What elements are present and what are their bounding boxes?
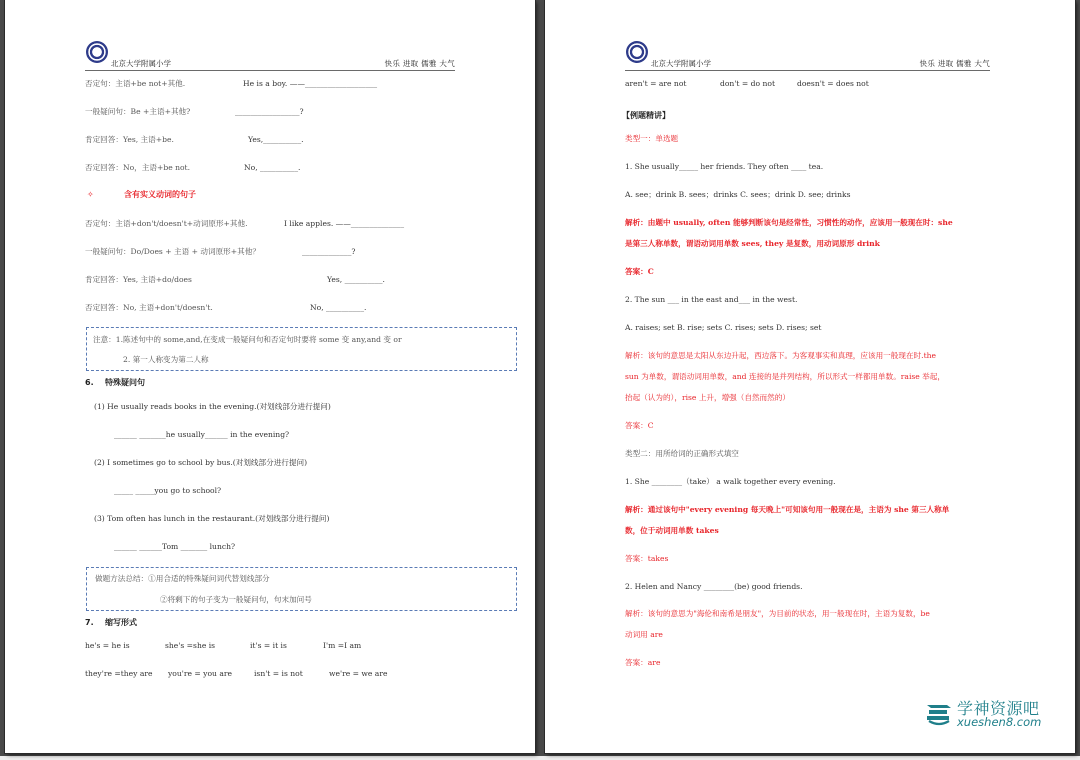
t1-q1-options: A. see；drink B. sees；drinks C. sees；drin…: [625, 190, 851, 200]
page-header: 北京大学附属小学 快乐 进取 儒雅 大气: [625, 41, 990, 71]
t1-q1-question: 1. She usually_____ her friends. They of…: [625, 162, 823, 172]
verb-question-example: _____________?: [302, 247, 355, 257]
verb-no-rule: 否定回答：No, 主语+don't/doesn't.: [85, 303, 213, 313]
contraction: doesn't = does not: [797, 79, 869, 89]
school-name: 北京大学附属小学: [111, 58, 171, 69]
s6-question-3: (3) Tom often has lunch in the restauran…: [94, 514, 329, 524]
contraction: I'm =I am: [323, 641, 361, 651]
s6-answer-1: ______ _______he usually______ in the ev…: [114, 430, 289, 440]
watermark-en: xueshen8.com: [957, 715, 1041, 729]
t1-q1-analysis-1: 解析：由题中 usually, often 能够判断该句是经常性，习惯性的动作，…: [625, 218, 953, 228]
t1-q2-question: 2. The sun ___ in the east and___ in the…: [625, 295, 797, 305]
verb-no-example: No, __________.: [310, 303, 366, 313]
diamond-bullet-icon: ✧: [87, 190, 94, 200]
t2-q1-analysis-2: 数，位于动词用单数 takes: [625, 526, 719, 536]
section-7-number: 7.: [85, 618, 94, 628]
contraction: he's = he is: [85, 641, 130, 651]
contraction: they're =they are: [85, 669, 153, 679]
be-yes-rule: 肯定回答：Yes, 主语+be.: [85, 135, 174, 145]
school-motto: 快乐 进取 儒雅 大气: [920, 58, 990, 69]
verb-section-title: 含有实义动词的句子: [124, 190, 196, 200]
section-7-title: 缩写形式: [105, 618, 137, 628]
note-line-2: 2. 第一人称变为第二人称: [123, 355, 209, 365]
s6-question-1: (1) He usually reads books in the evenin…: [94, 402, 331, 412]
method-line-2: ②将剩下的句子变为一般疑问句，句末加问号: [160, 595, 312, 605]
t2-q1-answer: 答案：takes: [625, 554, 668, 564]
be-question-example: _________________?: [235, 107, 304, 117]
s6-answer-2: _____ _____you go to school?: [114, 486, 221, 496]
verb-negative-rule: 否定句：主语+don't/doesn't+动词原形+其他.: [85, 219, 248, 229]
be-question-rule: 一般疑问句：Be +主语+其他?: [85, 107, 190, 117]
t1-q1-answer: 答案：C: [625, 267, 654, 277]
t1-q1-analysis-2: 是第三人称单数，谓语动词用单数 sees, they 是复数，用动词原形 dri…: [625, 239, 880, 249]
school-name: 北京大学附属小学: [651, 58, 711, 69]
t2-q1-analysis-1: 解析：通过该句中"every evening 每天晚上"可知该句用一般现在是，主…: [625, 505, 949, 515]
t2-q2-analysis-2: 动词用 are: [625, 630, 663, 640]
t1-q2-analysis-1: 解析：该句的意思是太阳从东边升起，西边落下。为客观事实和真理，应该用一般现在时.…: [625, 351, 936, 361]
contraction: she's =she is: [165, 641, 215, 651]
section-6-number: 6.: [85, 378, 94, 388]
t2-q2-answer: 答案：are: [625, 658, 660, 668]
be-yes-example: Yes,__________.: [248, 135, 304, 145]
watermark: 学神资源吧 xueshen8.com: [925, 697, 1055, 731]
verb-yes-rule: 肯定回答：Yes, 主语+do/does: [85, 275, 192, 285]
document-page-2: 北京大学附属小学 快乐 进取 儒雅 大气 aren't = are not do…: [545, 0, 1075, 753]
section-6-title: 特殊疑问句: [105, 378, 145, 388]
be-no-example: No, __________.: [244, 163, 300, 173]
viewer-bottom-strip: [0, 756, 1080, 760]
school-logo-icon: [626, 41, 648, 63]
method-line-1: 做题方法总结：①用合适的特殊疑问词代替划线部分: [95, 574, 270, 584]
contraction: it's = it is: [250, 641, 287, 651]
type2-title: 类型二：用所给词的正确形式填空: [625, 449, 739, 459]
be-negative-rule: 否定句：主语+be not+其他.: [85, 79, 185, 89]
contraction: don't = do not: [720, 79, 775, 89]
type1-title: 类型一：单选题: [625, 134, 678, 144]
school-motto: 快乐 进取 儒雅 大气: [385, 58, 455, 69]
school-logo-icon: [86, 41, 108, 63]
t2-q2-analysis-1: 解析：该句的意思为"海伦和南希是朋友"，为目前的状态，用一般现在时，主语为复数，…: [625, 609, 930, 619]
contraction: isn't = is not: [254, 669, 303, 679]
verb-negative-example: I like apples. ——______________: [284, 219, 404, 229]
t2-q1-question: 1. She ________（take） a walk together ev…: [625, 477, 836, 487]
contraction: we're = we are: [329, 669, 387, 679]
t1-q2-analysis-3: 抬起（认为的），rise 上升，增强（自然而然的）: [625, 393, 790, 403]
books-icon: [925, 700, 953, 728]
verb-question-rule: 一般疑问句：Do/Does + 主语 + 动词原形+其他？: [85, 247, 260, 257]
note-line-1: 注意：1.陈述句中的 some,and,在变成一般疑问句和否定句时要将 some…: [93, 335, 402, 345]
be-negative-example: He is a boy. ——___________________: [243, 79, 377, 89]
examples-section-title: 【例题精讲】: [622, 111, 670, 121]
be-no-rule: 否定回答：No，主语+be not.: [85, 163, 190, 173]
method-box: 做题方法总结：①用合适的特殊疑问词代替划线部分 ②将剩下的句子变为一般疑问句，句…: [86, 567, 517, 611]
t2-q2-question: 2. Helen and Nancy ________(be) good fri…: [625, 582, 803, 592]
s6-question-2: (2) I sometimes go to school by bus.(对划线…: [94, 458, 307, 468]
t1-q2-analysis-2: sun 为单数，谓语动词用单数，and 连接的是并列结构，所以形式一样都用单数。…: [625, 372, 945, 382]
note-box: 注意：1.陈述句中的 some,and,在变成一般疑问句和否定句时要将 some…: [86, 327, 517, 371]
t1-q2-answer: 答案：C: [625, 421, 654, 431]
document-page-1: 北京大学附属小学 快乐 进取 儒雅 大气 否定句：主语+be not+其他. H…: [5, 0, 535, 753]
contraction: you're = you are: [168, 669, 232, 679]
t1-q2-options: A. raises; set B. rise; sets C. rises; s…: [625, 323, 821, 333]
contraction: aren't = are not: [625, 79, 686, 89]
s6-answer-3: ______ ______Tom _______ lunch?: [114, 542, 235, 552]
verb-yes-example: Yes, __________.: [327, 275, 385, 285]
page-header: 北京大学附属小学 快乐 进取 儒雅 大气: [85, 41, 455, 71]
